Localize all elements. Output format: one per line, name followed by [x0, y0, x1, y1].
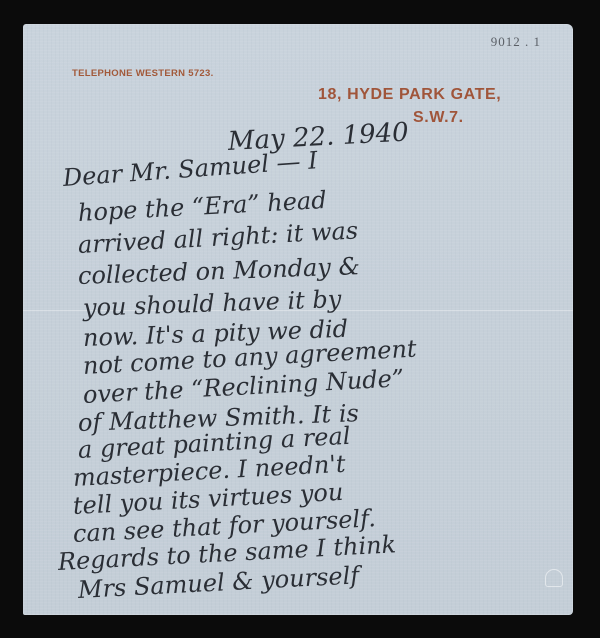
embossed-seal-icon — [545, 569, 563, 587]
letterhead-address-line2: S.W.7. — [413, 109, 464, 127]
letter-paper: 9012 . 1 TELEPHONE WESTERN 5723. 18, HYD… — [23, 24, 573, 615]
letter-line: Dear Mr. Samuel — I — [62, 146, 318, 192]
letterhead-address-line1: 18, HYDE PARK GATE, — [318, 86, 501, 104]
letter-line: collected on Monday & — [78, 252, 361, 290]
letterhead-telephone: TELEPHONE WESTERN 5723. — [72, 68, 214, 79]
archive-number: 9012 . 1 — [491, 34, 541, 50]
